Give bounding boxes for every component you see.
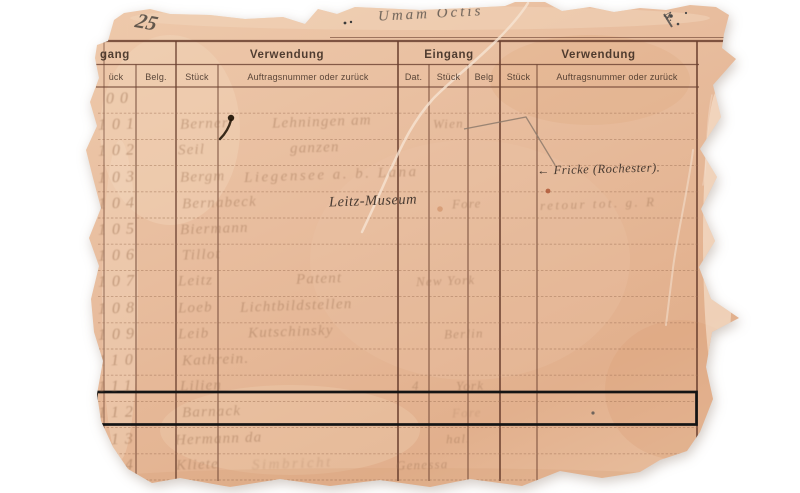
row-name: Tillot [182, 246, 221, 264]
row-eingang-entry: Berlin [444, 325, 484, 342]
row-eingang-entry: Wien [433, 115, 464, 132]
row-number: 102 [98, 141, 141, 160]
group-header-verwendung-left: Verwendung [176, 46, 398, 64]
row-eingang-entry: hal. [446, 431, 471, 448]
row-dat-entry: 4 [412, 378, 420, 394]
row-number: 105 [98, 220, 141, 239]
row-note: Patent [296, 270, 343, 289]
row-name: Leitz [178, 272, 214, 290]
row-name: Bergm [180, 168, 226, 187]
row-note: Lehningen am [272, 112, 372, 132]
row-number: 107 [98, 272, 141, 291]
row-eingang-entry: Fore [452, 195, 482, 212]
group-header-eingang-right: Eingang [398, 46, 500, 64]
col-header-belg-left: Belg. [136, 67, 176, 87]
row-eingang-entry: New York [416, 272, 476, 290]
paper-shadow-wrap: gang Verwendung Eingang Verwendung ück B… [0, 0, 800, 493]
row-name: Kliete [176, 456, 220, 474]
row-note: Simbricht [252, 455, 333, 475]
row-number: 00 [106, 90, 135, 109]
row-eingang-entry: York [456, 378, 485, 395]
annotation-leitz-museum: Leitz-Museum [329, 191, 418, 211]
row-number: 101 [98, 115, 141, 134]
row-eingang-entry: Fore [452, 404, 482, 421]
row-name: Berner [180, 115, 229, 134]
row-number: 106 [98, 246, 141, 265]
row-name: Seil [178, 142, 206, 160]
row-number: 108 [98, 299, 141, 318]
row-number: 111 [98, 377, 138, 396]
row-name: Loeb [178, 299, 213, 317]
row-name: Kathrein. [182, 351, 250, 370]
row-eingang-entry: Genessa [396, 456, 449, 474]
row-name: Bernabeck [182, 194, 257, 214]
col-header-stueck-verwendung-right: Stück [500, 67, 537, 87]
row-number: 113 [98, 430, 139, 449]
row-name-barnack: Barnack [182, 403, 242, 422]
col-header-dat: Dat. [398, 67, 429, 87]
col-header-auftrag-right: Auftragsnummer oder zurück [537, 67, 697, 87]
row-name: Biermann [180, 220, 249, 239]
col-header-stueck-left: Stück [176, 67, 218, 87]
torn-ledger-paper: gang Verwendung Eingang Verwendung ück B… [0, 0, 800, 493]
group-header-verwendung-right: Verwendung [500, 46, 697, 64]
row-note: ganzen [290, 139, 340, 158]
row-note: Kutschinsky [248, 323, 334, 343]
col-header-auftrag-left: Auftragsnummer oder zurück [218, 67, 398, 87]
row-number: 110 [98, 351, 139, 370]
row-number: 109 [98, 325, 141, 344]
row-number: 104 [98, 194, 141, 213]
row-number: 103 [98, 168, 141, 187]
col-header-stueck-eingang-right: Stück [429, 67, 468, 87]
row-name: Leib [178, 325, 210, 343]
row-number: 114 [98, 456, 139, 475]
row-name: Hermann da [175, 429, 263, 449]
col-header-stueck-cut: ück [98, 67, 134, 87]
row-number: 112 [98, 403, 139, 422]
col-header-belg-right: Belg [468, 67, 500, 87]
group-header-eingang-left: gang [96, 46, 178, 64]
photo-of-ledger-page: gang Verwendung Eingang Verwendung ück B… [0, 0, 800, 493]
row-name: Lilien [180, 377, 223, 395]
